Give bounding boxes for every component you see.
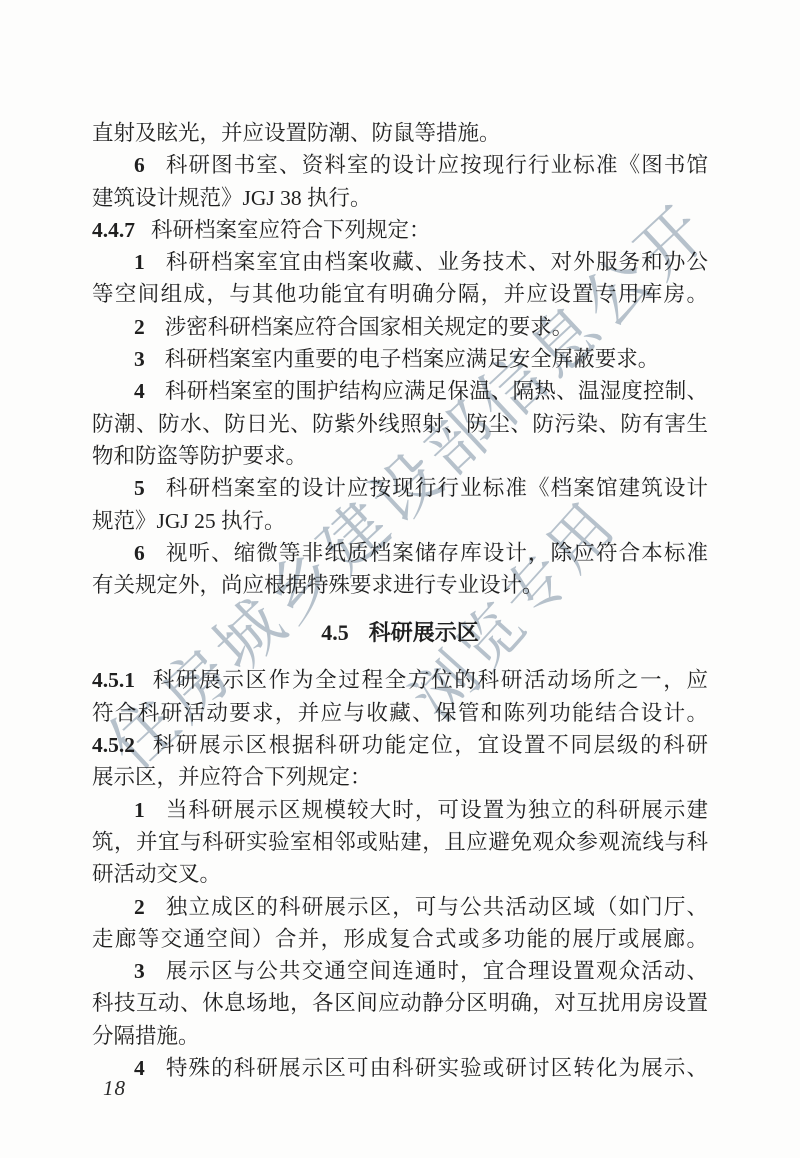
item-number: 1 bbox=[134, 798, 145, 822]
text-run: 规范》JGJ 25 执行。 bbox=[92, 509, 286, 533]
text-run: 等空间组成，与其他功能宜有明确分隔，并应设置专用库房。 bbox=[92, 282, 708, 306]
text-line: 分隔措施。 bbox=[92, 1020, 708, 1052]
item-line: 3展示区与公共交通空间连通时，宜合理设置观众活动、 bbox=[92, 955, 708, 987]
text-line: 展示区，并应符合下列规定： bbox=[92, 761, 708, 793]
text-line: 有关规定外，尚应根据特殊要求进行专业设计。 bbox=[92, 569, 708, 601]
item-number: 4 bbox=[134, 379, 145, 403]
text-run: 视听、缩微等非纸质档案储存库设计，除应符合本标准 bbox=[165, 541, 708, 565]
clause-line: 4.5.1科研展示区作为全过程全方位的科研活动场所之一，应 bbox=[92, 664, 708, 696]
text-run: 科研展示区作为全过程全方位的科研活动场所之一，应 bbox=[151, 668, 708, 692]
item-number: 6 bbox=[134, 541, 145, 565]
text-run: 物和防盗等防护要求。 bbox=[92, 444, 307, 468]
text-line: 物和防盗等防护要求。 bbox=[92, 440, 708, 472]
item-line: 5科研档案室的设计应按现行行业标准《档案馆建筑设计 bbox=[92, 472, 708, 504]
item-line: 6科研图书室、资料室的设计应按现行行业标准《图书馆 bbox=[92, 149, 708, 181]
text-block: 直射及眩光，并应设置防潮、防鼠等措施。6科研图书室、资料室的设计应按现行行业标准… bbox=[92, 117, 708, 1084]
item-line: 1当科研展示区规模较大时，可设置为独立的科研展示建 bbox=[92, 794, 708, 826]
text-line: 防潮、防水、防日光、防紫外线照射、防尘、防污染、防有害生 bbox=[92, 408, 708, 440]
text-run: 展示区，并应符合下列规定： bbox=[92, 765, 372, 789]
item-line: 2涉密科研档案应符合国家相关规定的要求。 bbox=[92, 311, 708, 343]
text-run: 科研展示区根据科研功能定位，宜设置不同层级的科研 bbox=[151, 733, 708, 757]
clause-line: 4.4.7科研档案室应符合下列规定： bbox=[92, 214, 708, 246]
text-line: 筑，并宜与科研实验室相邻或贴建，且应避免观众参观流线与科 bbox=[92, 826, 708, 858]
text-run: 科研档案室的围护结构应满足保温、隔热、温湿度控制、 bbox=[165, 379, 708, 403]
item-line: 6视听、缩微等非纸质档案储存库设计，除应符合本标准 bbox=[92, 537, 708, 569]
document-page: 住房城乡建设部信息公开 浏览专用 直射及眩光，并应设置防潮、防鼠等措施。6科研图… bbox=[0, 0, 800, 1158]
section-heading: 4.5科研展示区 bbox=[92, 615, 708, 651]
text-line: 科技互动、休息场地，各区间应动静分区明确，对互扰用房设置 bbox=[92, 987, 708, 1019]
item-line: 4科研档案室的围护结构应满足保温、隔热、温湿度控制、 bbox=[92, 375, 708, 407]
text-line: 规范》JGJ 25 执行。 bbox=[92, 505, 708, 537]
heading-number: 4.5 bbox=[321, 620, 349, 645]
text-run: 科研档案室内重要的电子档案应满足安全屏蔽要求。 bbox=[165, 347, 660, 371]
text-line: 研活动交叉。 bbox=[92, 858, 708, 890]
text-run: 科研展示区 bbox=[369, 620, 479, 645]
item-number: 2 bbox=[134, 895, 145, 919]
text-run: 分隔措施。 bbox=[92, 1024, 200, 1048]
text-run: 展示区与公共交通空间连通时，宜合理设置观众活动、 bbox=[165, 959, 708, 983]
text-line: 等空间组成，与其他功能宜有明确分隔，并应设置专用库房。 bbox=[92, 278, 708, 310]
item-line: 3科研档案室内重要的电子档案应满足安全屏蔽要求。 bbox=[92, 343, 708, 375]
page-number: 18 bbox=[103, 1076, 126, 1101]
clause-number: 4.4.7 bbox=[92, 218, 135, 242]
text-line: 建筑设计规范》JGJ 38 执行。 bbox=[92, 182, 708, 214]
text-run: 科研档案室的设计应按现行行业标准《档案馆建筑设计 bbox=[165, 476, 708, 500]
text-run: 独立成区的科研展示区，可与公共活动区域（如门厅、 bbox=[165, 895, 708, 919]
text-run: 科技互动、休息场地，各区间应动静分区明确，对互扰用房设置 bbox=[92, 991, 708, 1015]
text-run: 特殊的科研展示区可由科研实验或研讨区转化为展示、 bbox=[165, 1056, 708, 1080]
item-line: 2独立成区的科研展示区，可与公共活动区域（如门厅、 bbox=[92, 891, 708, 923]
clause-number: 4.5.1 bbox=[92, 668, 135, 692]
text-run: 走廊等交通空间）合并，形成复合式或多功能的展厅或展廊。 bbox=[92, 927, 708, 951]
item-number: 6 bbox=[134, 153, 145, 177]
text-run: 符合科研活动要求，并应与收藏、保管和陈列功能结合设计。 bbox=[92, 701, 708, 725]
text-run: 科研档案室应符合下列规定： bbox=[151, 218, 431, 242]
item-line: 1科研档案室宜由档案收藏、业务技术、对外服务和办公 bbox=[92, 246, 708, 278]
clause-number: 4.5.2 bbox=[92, 733, 135, 757]
text-run: 筑，并宜与科研实验室相邻或贴建，且应避免观众参观流线与科 bbox=[92, 830, 708, 854]
text-run: 防潮、防水、防日光、防紫外线照射、防尘、防污染、防有害生 bbox=[92, 412, 708, 436]
text-run: 有关规定外，尚应根据特殊要求进行专业设计。 bbox=[92, 573, 544, 597]
text-line: 直射及眩光，并应设置防潮、防鼠等措施。 bbox=[92, 117, 708, 149]
item-number: 3 bbox=[134, 347, 145, 371]
text-run: 直射及眩光，并应设置防潮、防鼠等措施。 bbox=[92, 121, 501, 145]
text-run: 科研图书室、资料室的设计应按现行行业标准《图书馆 bbox=[165, 153, 708, 177]
text-run: 涉密科研档案应符合国家相关规定的要求。 bbox=[165, 315, 574, 339]
text-run: 研活动交叉。 bbox=[92, 862, 221, 886]
text-run: 建筑设计规范》JGJ 38 执行。 bbox=[92, 186, 372, 210]
item-number: 3 bbox=[134, 959, 145, 983]
text-line: 走廊等交通空间）合并，形成复合式或多功能的展厅或展廊。 bbox=[92, 923, 708, 955]
clause-line: 4.5.2科研展示区根据科研功能定位，宜设置不同层级的科研 bbox=[92, 729, 708, 761]
item-number: 4 bbox=[134, 1056, 145, 1080]
text-run: 当科研展示区规模较大时，可设置为独立的科研展示建 bbox=[165, 798, 708, 822]
item-number: 1 bbox=[134, 250, 145, 274]
item-number: 5 bbox=[134, 476, 145, 500]
item-line: 4特殊的科研展示区可由科研实验或研讨区转化为展示、 bbox=[92, 1052, 708, 1084]
text-line: 符合科研活动要求，并应与收藏、保管和陈列功能结合设计。 bbox=[92, 697, 708, 729]
item-number: 2 bbox=[134, 315, 145, 339]
text-run: 科研档案室宜由档案收藏、业务技术、对外服务和办公 bbox=[165, 250, 708, 274]
